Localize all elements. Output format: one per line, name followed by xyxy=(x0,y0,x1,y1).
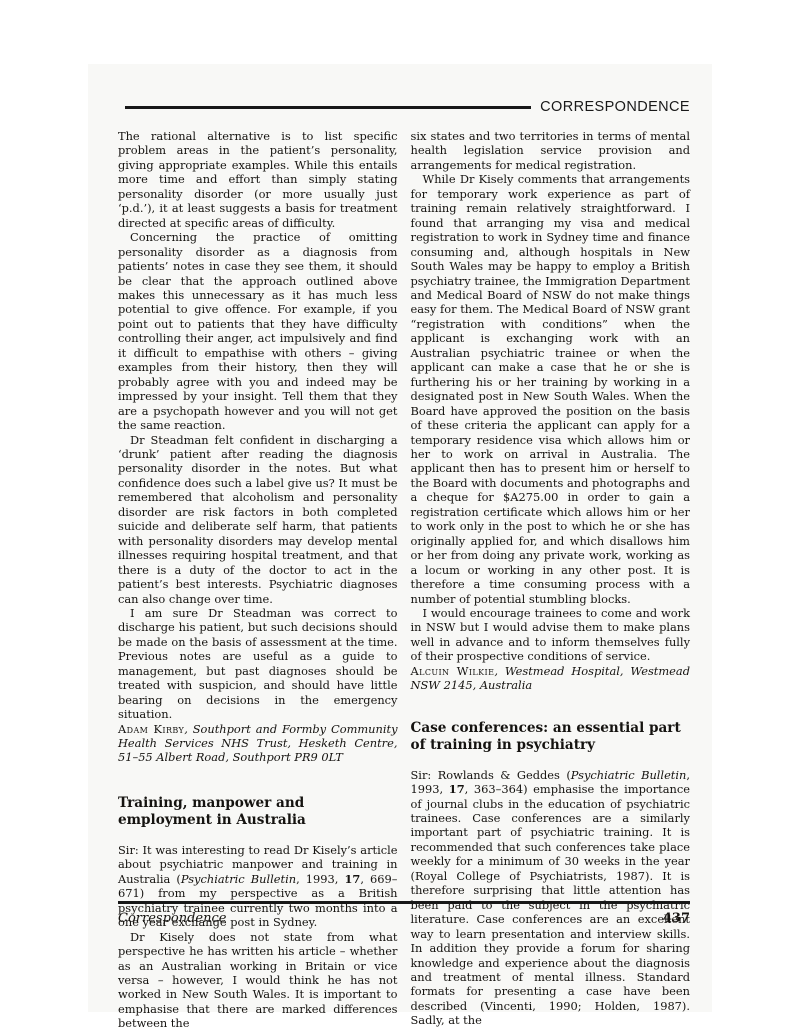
letter2-continued-paragraph: I would encourage trainees to come and w… xyxy=(411,606,691,664)
footer-page-number: 437 xyxy=(663,911,690,926)
left-column: The rational alternative is to list spec… xyxy=(118,129,398,1031)
letter2-signature: Alcuin Wilkie, Westmead Hospital, Westme… xyxy=(411,664,691,693)
letter3-heading: Case conferences: an essential part of t… xyxy=(411,720,691,755)
running-head-label: CORRESPONDENCE xyxy=(540,99,690,115)
running-head-rule xyxy=(125,106,531,109)
running-head: CORRESPONDENCE xyxy=(118,98,690,116)
letter2-heading: Training, manpower and employment in Aus… xyxy=(118,795,398,830)
letter1-paragraph: Dr Steadman felt confident in dischargin… xyxy=(118,433,398,606)
letter2-paragraph: Dr Kisely does not state from what persp… xyxy=(118,930,398,1031)
letter3-paragraph: Sir: Rowlands & Geddes (Psychiatric Bull… xyxy=(411,768,691,1028)
letter2-continued-paragraph: While Dr Kisely comments that arrangemen… xyxy=(411,172,691,606)
letter1-paragraph: I am sure Dr Steadman was correct to dis… xyxy=(118,606,398,722)
letter1-paragraph: The rational alternative is to list spec… xyxy=(118,129,398,230)
page-footer: Correspondence 437 xyxy=(118,901,690,926)
journal-page: CORRESPONDENCE The rational alternative … xyxy=(118,98,690,1031)
two-column-text: The rational alternative is to list spec… xyxy=(118,129,690,1031)
footer-journal-title: Correspondence xyxy=(118,911,226,926)
letter1-paragraph: Concerning the practice of omitting pers… xyxy=(118,230,398,432)
letter2-continued-paragraph: six states and two territories in terms … xyxy=(411,129,691,172)
letter1-signature: Adam Kirby, Southport and Formby Communi… xyxy=(118,722,398,765)
right-column: six states and two territories in terms … xyxy=(411,129,691,1031)
